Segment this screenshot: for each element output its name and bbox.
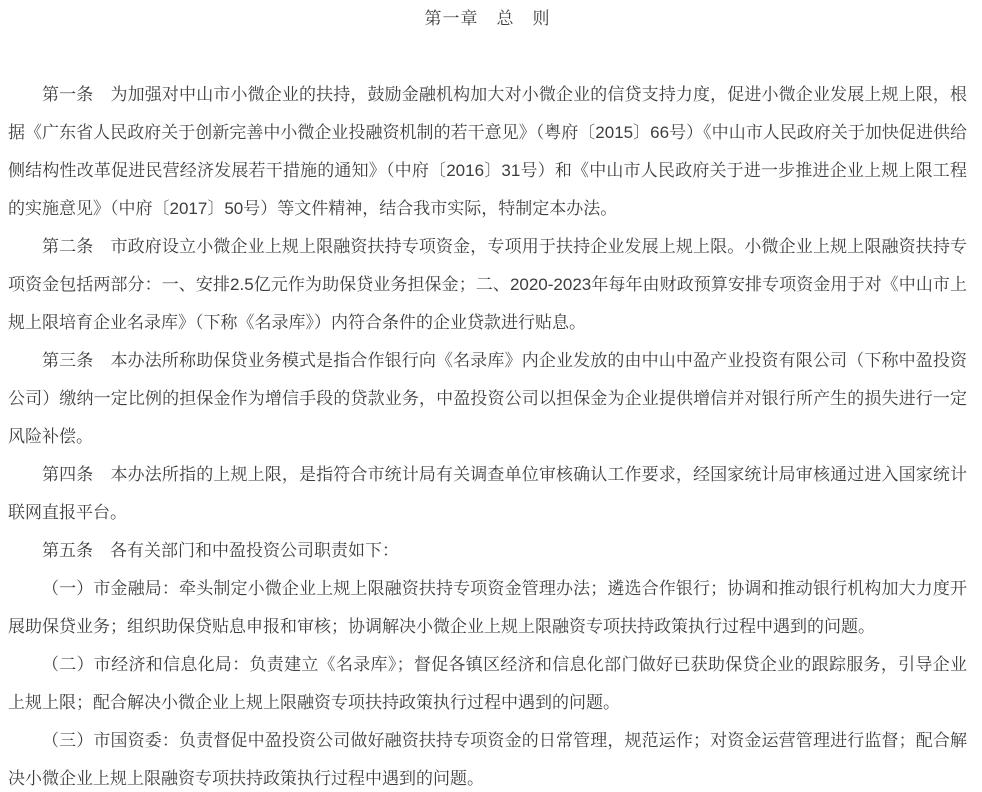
paragraph-article-5-item-3: （三）市国资委：负责督促中盈投资公司做好融资扶持专项资金的日常管理，规范运作；对…: [8, 722, 967, 792]
chapter-title: 第一章 总 则: [8, 0, 967, 38]
paragraph-article-1: 第一条 为加强对中山市小微企业的扶持，鼓励金融机构加大对小微企业的信贷支持力度，…: [8, 76, 967, 228]
paragraph-article-5: 第五条 各有关部门和中盈投资公司职责如下：: [8, 532, 967, 570]
document-page: 第一章 总 则 第一条 为加强对中山市小微企业的扶持，鼓励金融机构加大对小微企业…: [0, 0, 982, 792]
paragraph-article-4: 第四条 本办法所指的上规上限，是指符合市统计局有关调查单位审核确认工作要求，经国…: [8, 456, 967, 532]
paragraph-article-5-item-2: （二）市经济和信息化局：负责建立《名录库》；督促各镇区经济和信息化部门做好已获助…: [8, 646, 967, 722]
paragraph-article-5-item-1: （一）市金融局：牵头制定小微企业上规上限融资扶持专项资金管理办法；遴选合作银行；…: [8, 570, 967, 646]
paragraph-article-2: 第二条 市政府设立小微企业上规上限融资扶持专项资金，专项用于扶持企业发展上规上限…: [8, 228, 967, 342]
paragraph-article-3: 第三条 本办法所称助保贷业务模式是指合作银行向《名录库》内企业发放的由中山中盈产…: [8, 342, 967, 456]
